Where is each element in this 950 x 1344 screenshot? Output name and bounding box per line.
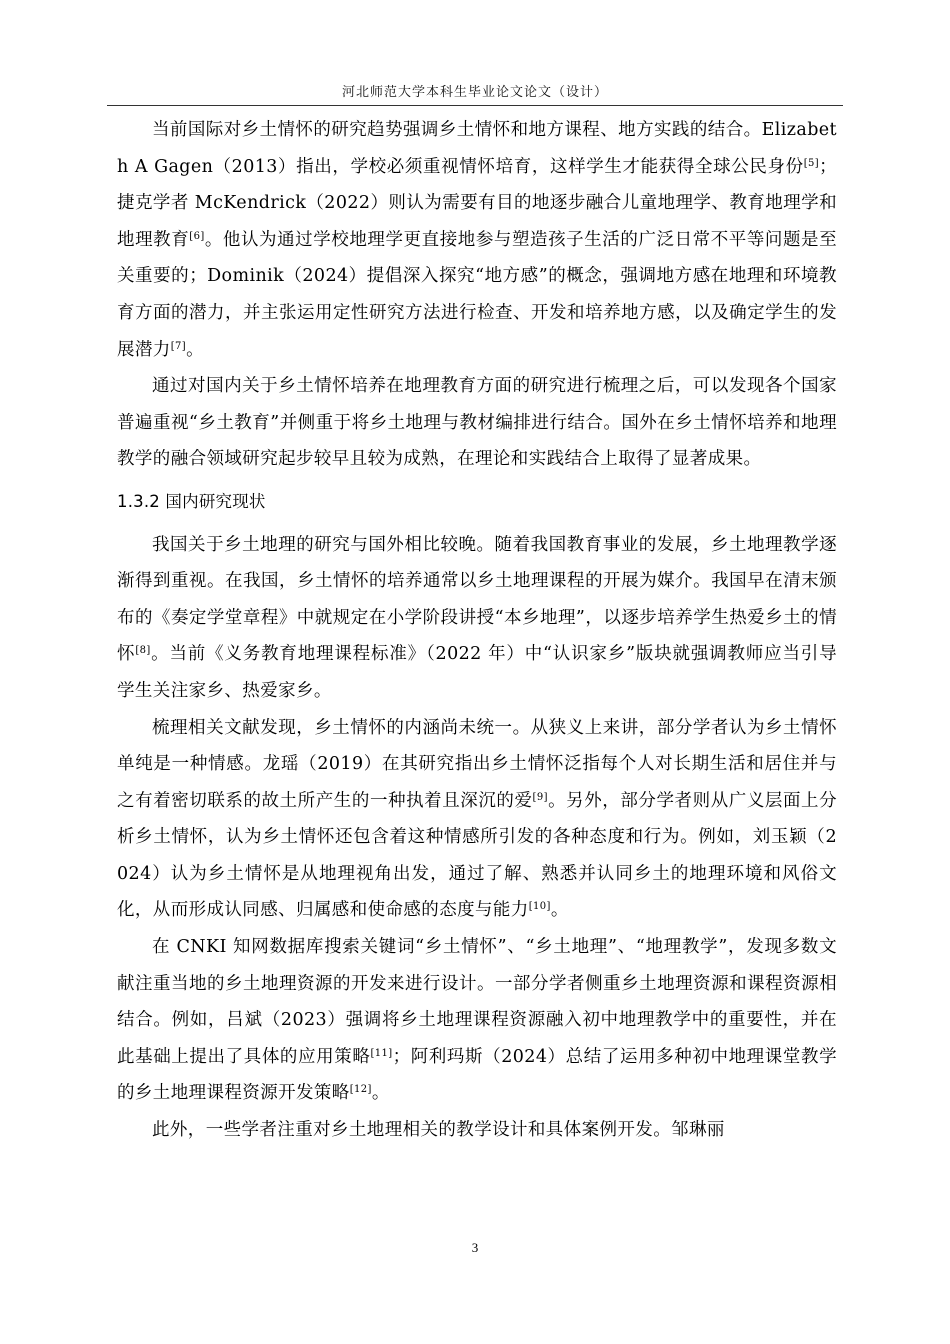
paragraph-text: 。当前《义务教育地理课程标准》（2022 年）中“认识家乡”版块就强调教师应当引… [117, 644, 837, 701]
international-research-section: 当前国际对乡土情怀的研究趋势强调乡土情怀和地方课程、地方实践的结合。Elizab… [117, 112, 837, 478]
domestic-research-section: 我国关于乡土地理的研究与国外相比较晚。随着我国教育事业的发展，乡土地理教学逐渐得… [117, 527, 837, 1149]
citation-ref: [9] [533, 792, 548, 803]
citation-ref: [12] [350, 1084, 372, 1095]
running-header: 河北师范大学本科生毕业论文论文（设计） [107, 84, 843, 106]
body-paragraph: 我国关于乡土地理的研究与国外相比较晚。随着我国教育事业的发展，乡土地理教学逐渐得… [117, 527, 837, 710]
body-paragraph: 通过对国内关于乡土情怀培养在地理教育方面的研究进行梳理之后，可以发现各个国家普遍… [117, 368, 837, 478]
body-paragraph: 梳理相关文献发现，乡土情怀的内涵尚未统一。从狭义上来讲，部分学者认为乡土情怀单纯… [117, 710, 837, 930]
citation-ref: [8] [135, 645, 150, 656]
body-paragraph: 此外，一些学者注重对乡土地理相关的教学设计和具体案例开发。邹琳丽 [117, 1112, 837, 1149]
citation-ref: [6] [189, 231, 204, 242]
body-paragraph: 在 CNKI 知网数据库搜索关键词“乡土情怀”、“乡土地理”、“地理教学”，发现… [117, 929, 837, 1112]
section-heading: 1.3.2 国内研究现状 [117, 484, 837, 521]
paragraph-text: 此外，一些学者注重对乡土地理相关的教学设计和具体案例开发。邹琳丽 [152, 1120, 725, 1140]
running-header-title: 河北师范大学本科生毕业论文论文（设计） [342, 85, 608, 100]
paragraph-text: 。 [551, 900, 569, 920]
body-paragraph: 当前国际对乡土情怀的研究趋势强调乡土情怀和地方课程、地方实践的结合。Elizab… [117, 112, 837, 368]
paragraph-text: 通过对国内关于乡土情怀培养在地理教育方面的研究进行梳理之后，可以发现各个国家普遍… [117, 376, 837, 469]
paragraph-text: 。他认为通过学校地理学更直接地参与塑造孩子生活的广泛日常不平等问题是至关重要的；… [117, 230, 837, 360]
page-body: 当前国际对乡土情怀的研究趋势强调乡土情怀和地方课程、地方实践的结合。Elizab… [117, 112, 837, 1149]
citation-ref: [7] [171, 341, 186, 352]
paragraph-text: 。 [372, 1083, 390, 1103]
citation-ref: [5] [804, 158, 819, 169]
citation-ref: [11] [370, 1048, 392, 1059]
page-number: 3 [0, 1240, 950, 1256]
citation-ref: [10] [529, 901, 551, 912]
paragraph-text: 。 [186, 340, 204, 360]
paragraph-text: 当前国际对乡土情怀的研究趋势强调乡土情怀和地方课程、地方实践的结合。Elizab… [117, 120, 837, 177]
